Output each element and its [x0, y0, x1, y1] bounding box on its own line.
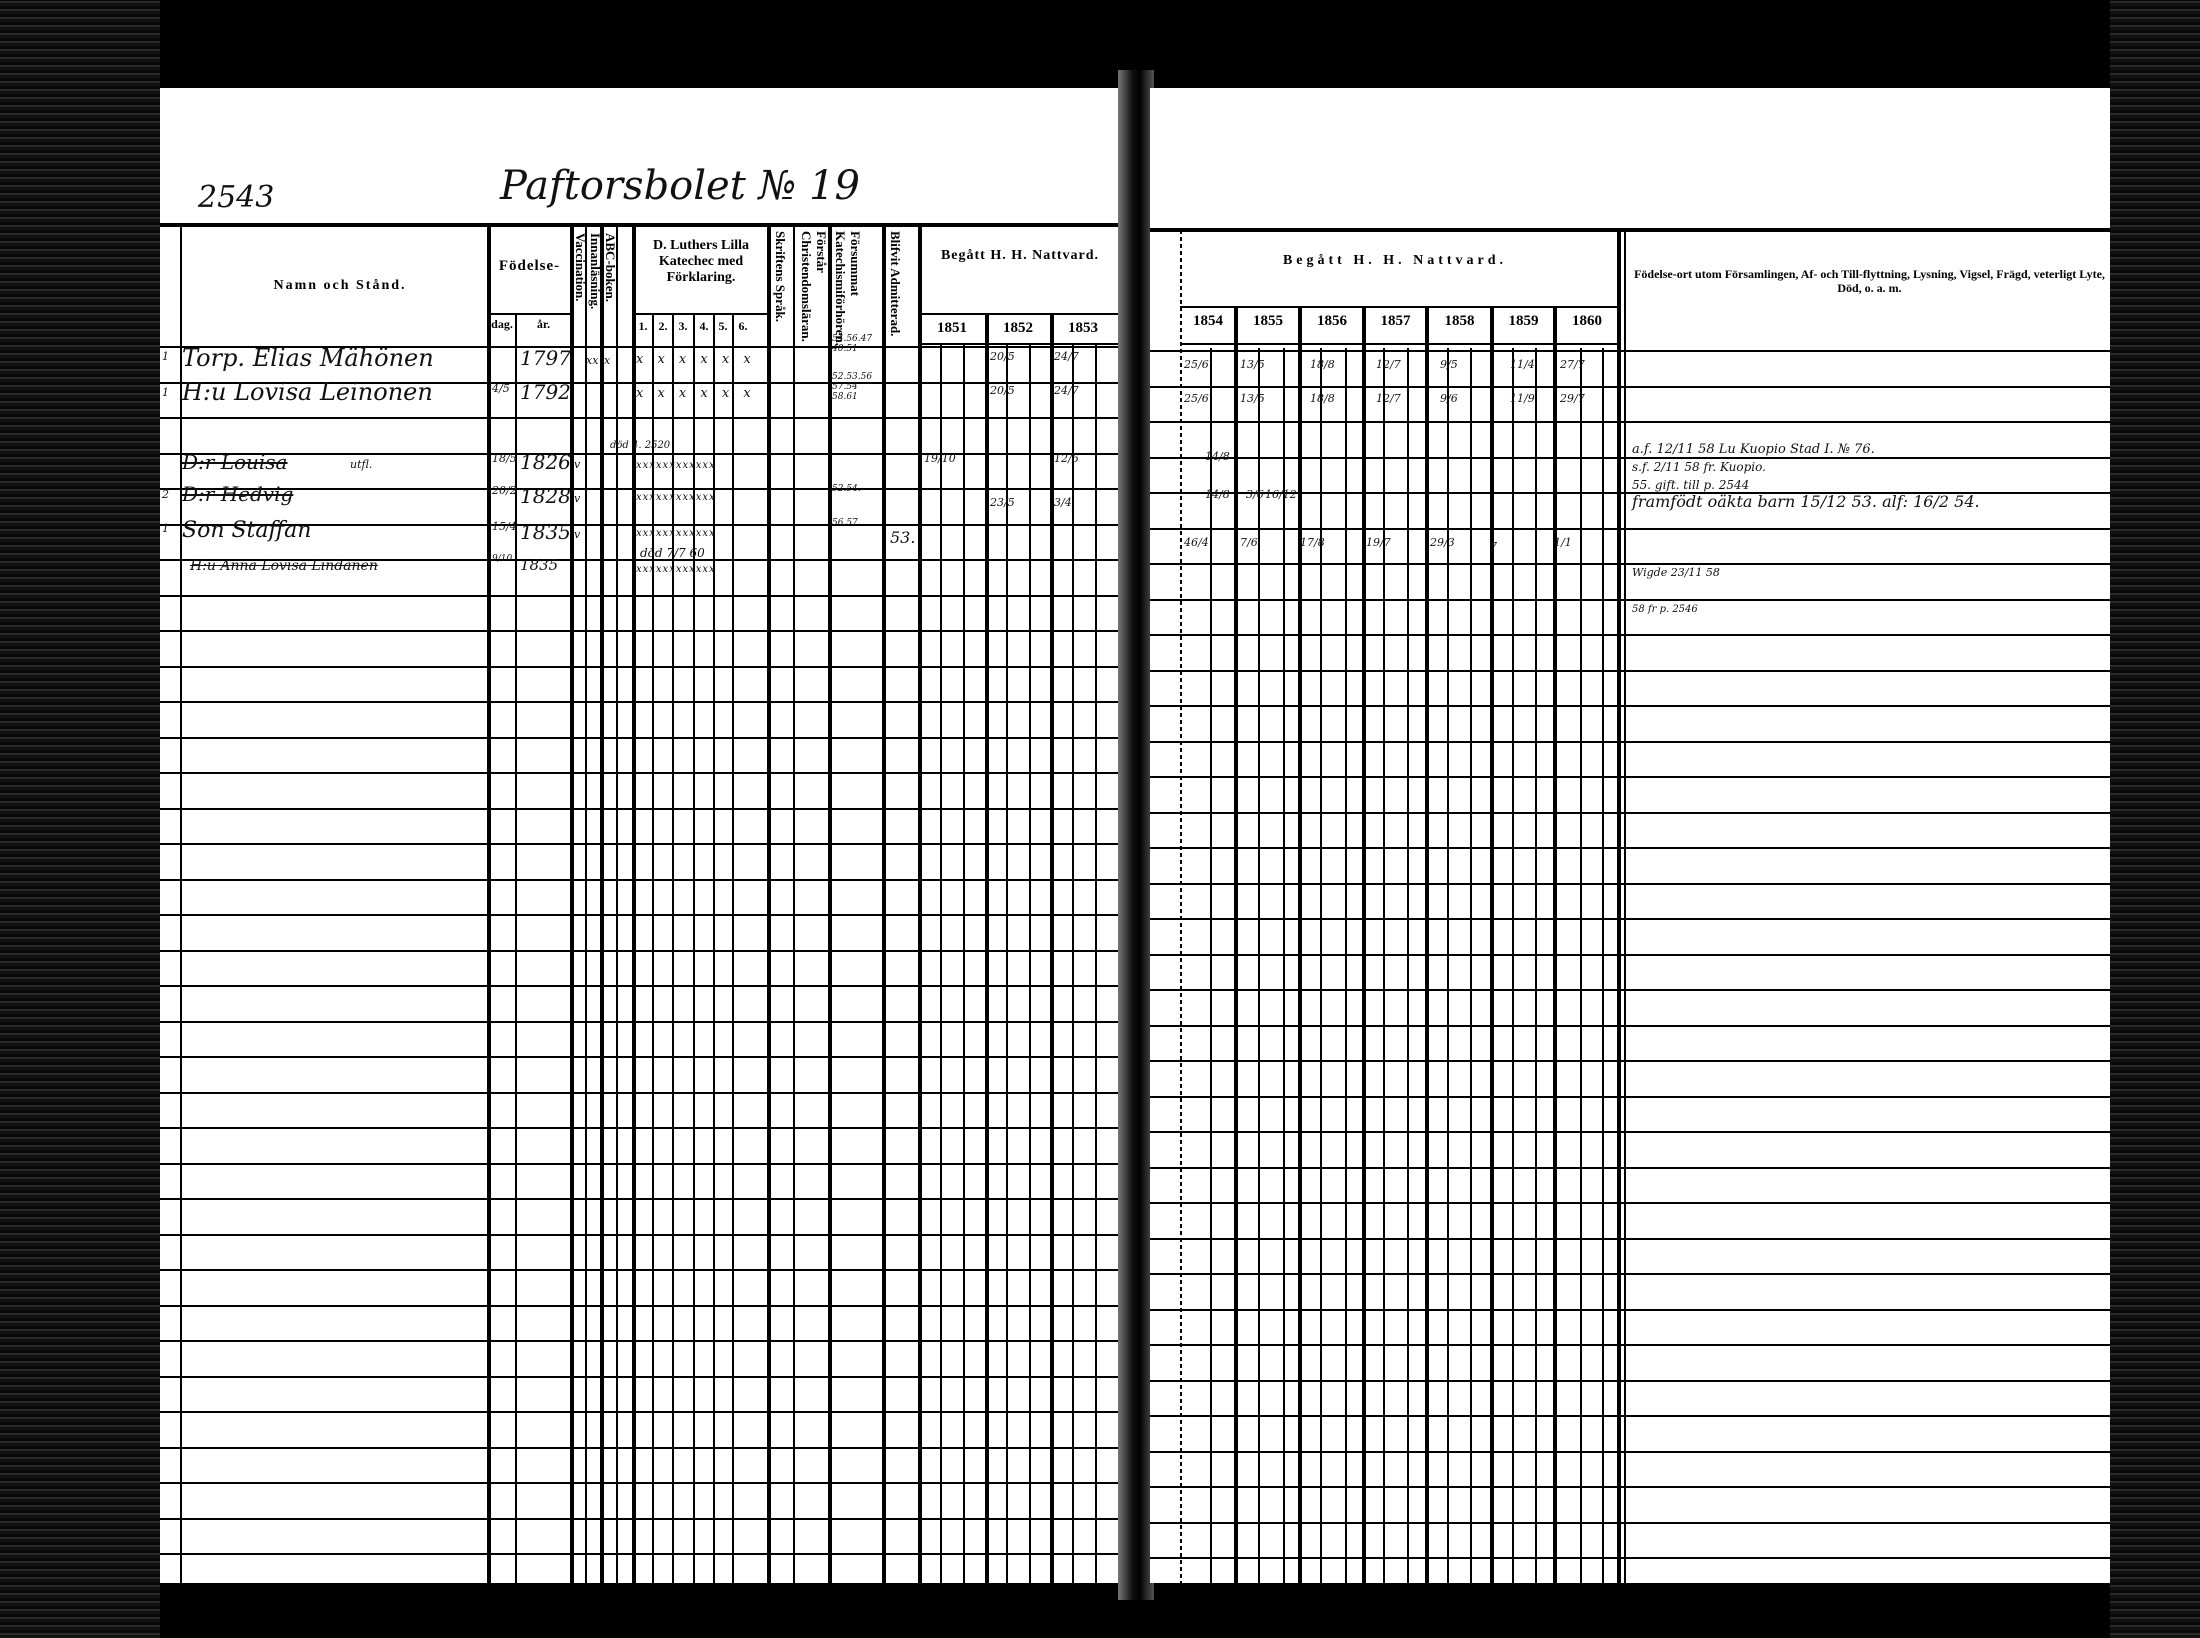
row-rule: [1150, 1060, 2110, 1062]
communion-1852: 20/5: [990, 350, 1015, 363]
col-line: [1006, 343, 1008, 1583]
header-sub-rule: [1180, 343, 1620, 345]
header-sub-rule: [487, 313, 572, 315]
col-line: [515, 313, 517, 1583]
farm-title: Paftorsbolet № 19: [500, 163, 860, 209]
row-rule: [160, 737, 1120, 739]
catechism-marks: x x x x x x: [636, 386, 756, 401]
communion-1855: 16/12: [1265, 488, 1297, 501]
missed-catechism: 52.53.56 57.54 58.61: [832, 372, 880, 402]
row-rule: [160, 488, 1120, 490]
col-line: [940, 343, 942, 1583]
communion-1854: 25/6: [1184, 358, 1209, 371]
communion-1858: 29/3: [1430, 536, 1455, 549]
person-name: Son Staffan: [182, 518, 311, 543]
person-name: Torp. Elias Mähönen: [182, 344, 434, 372]
header-catechism-part: 1.: [634, 320, 652, 334]
communion-1854: 25/6: [1184, 392, 1209, 405]
header-year: 1853: [1052, 320, 1114, 337]
header-catechism-part: 5.: [714, 320, 732, 334]
communion-1856: 17/8: [1300, 536, 1325, 549]
col-line: [828, 225, 832, 1583]
communion-1859: 7: [1490, 540, 1497, 553]
col-line: [1580, 348, 1582, 1583]
col-line: [1258, 348, 1260, 1583]
birth-year: 1792: [520, 380, 571, 404]
row-rule: [1150, 918, 2110, 920]
communion-1854: 46/4: [1184, 536, 1209, 549]
row-rule: [1150, 1273, 2110, 1275]
row-rule: [160, 914, 1120, 916]
communion-1853: 3/4: [1054, 496, 1072, 509]
remark: 58 fr p. 2546: [1632, 604, 1698, 615]
col-line: [1095, 343, 1097, 1583]
header-sub-rule: [1180, 306, 1620, 308]
row-rule: [1150, 670, 2110, 672]
col-line: [1345, 348, 1347, 1583]
row-rule: [160, 1127, 1120, 1129]
communion-1859: 11/4: [1510, 358, 1535, 371]
row-rule: [1150, 1167, 2110, 1169]
header-missed-catechism: Försummat Katechismiförhören.: [832, 231, 862, 351]
row-rule: [160, 630, 1120, 632]
birth-day: 18/5: [492, 452, 517, 465]
note-above: död 7/7 60: [640, 546, 705, 560]
row-rule: [1150, 421, 2110, 423]
col-line: [918, 225, 922, 1583]
row-rule: [1150, 989, 2110, 991]
row-rule: [160, 1305, 1120, 1307]
communion-1854: 14/8: [1205, 488, 1230, 501]
col-line: [1470, 348, 1472, 1583]
row-rule: [1150, 386, 2110, 388]
remark: s.f. 2/11 58 fr. Kuopio.: [1632, 460, 1766, 474]
missed-catechism: 54.56.47 40.51: [832, 334, 880, 354]
row-rule: [1150, 883, 2110, 885]
birth-year: 1835: [520, 556, 558, 574]
header-top-rule: [1150, 228, 2110, 232]
header-abc-book: ABC-boken.: [602, 233, 617, 343]
col-line: [767, 225, 771, 1583]
person-name: D:r Louisa: [182, 450, 287, 474]
catechism-marks: xxxxxxxxxxxx: [636, 460, 716, 471]
header-remarks: Födelse-ort utom Församlingen, Af- och T…: [1632, 268, 2107, 296]
header-communion: Begått H. H. Nattvard.: [1230, 253, 1560, 269]
person-name: H:u Lovisa Leinonen: [182, 378, 433, 406]
header-sub-rule: [918, 343, 1120, 345]
row-rule: [1150, 350, 2110, 352]
header-year: 1858: [1429, 313, 1490, 330]
communion-1855: 3/6: [1246, 488, 1264, 501]
row-rule: [1150, 1380, 2110, 1382]
row-rule: [160, 843, 1120, 845]
catechism-marks: xxxxxxxxxxxx: [636, 564, 716, 575]
header-sub-rule: [632, 313, 767, 315]
row-rule: [1150, 634, 2110, 636]
person-name: D:r Hedvig: [182, 482, 293, 506]
row-rule: [160, 1518, 1120, 1520]
communion-1855: 7/6: [1240, 536, 1258, 549]
row-mark: 1: [162, 386, 169, 399]
row-rule: [1150, 954, 2110, 956]
row-rule: [160, 1269, 1120, 1271]
row-rule: [160, 1198, 1120, 1200]
catechism-marks: xxxxxxxxxxxx: [636, 528, 716, 539]
col-line: [713, 313, 715, 1583]
header-year: 1855: [1238, 313, 1298, 330]
col-line: [1447, 348, 1449, 1583]
header-scripture: Skriftens Språk.: [772, 231, 787, 351]
col-line: [1234, 306, 1238, 1583]
vaccination-mark: v: [574, 492, 580, 505]
scan-border-right: [2110, 0, 2200, 1638]
page-number: 2543: [198, 180, 274, 215]
row-rule: [160, 595, 1120, 597]
col-line: [1553, 306, 1557, 1583]
col-line: [616, 225, 618, 1583]
communion-1854: 14/8: [1205, 450, 1230, 463]
col-line: [793, 225, 795, 1583]
header-catechism-part: 4.: [695, 320, 713, 334]
row-mark: 1: [162, 522, 169, 535]
row-rule: [1150, 1309, 2110, 1311]
col-line: [882, 225, 886, 1583]
header-birth-day: dag.: [489, 318, 515, 332]
name-note: utfl.: [350, 458, 372, 471]
row-rule: [160, 453, 1120, 455]
col-line: [1602, 348, 1604, 1583]
row-rule: [1150, 1344, 2110, 1346]
col-line: [180, 225, 182, 1583]
communion-1857: 19/7: [1366, 536, 1391, 549]
birth-year: 1835: [520, 520, 571, 544]
row-rule: [1150, 1096, 2110, 1098]
header-sub-rule: [918, 313, 1120, 315]
row-rule: [160, 985, 1120, 987]
row-rule: [1150, 1238, 2110, 1240]
header-christian-doctrine: Förstår Christendomsläran.: [798, 231, 828, 351]
communion-1856: 18/8: [1310, 358, 1335, 371]
header-year: 1857: [1366, 313, 1425, 330]
birth-day: 4/5: [492, 382, 510, 395]
row-rule: [1150, 776, 2110, 778]
col-line: [632, 225, 636, 1583]
reading-mark: xx: [586, 354, 598, 367]
row-rule: [1150, 1451, 2110, 1453]
remark: framfödt oäkta barn 15/12 53. alf: 16/2 …: [1632, 492, 1980, 511]
row-rule: [160, 1447, 1120, 1449]
abc-mark: x: [604, 354, 610, 367]
communion-1853: 24/7: [1054, 384, 1079, 397]
right-page: Begått H. H. Nattvard. 1854 1855 1856 18…: [1150, 88, 2110, 1583]
header-birth: Födelse-: [487, 258, 572, 275]
col-line: [1029, 343, 1031, 1583]
col-line: [672, 313, 674, 1583]
missed-catechism: 52.54.: [832, 484, 861, 494]
communion-1852: 20/5: [990, 384, 1015, 397]
communion-1855: 13/5: [1240, 392, 1265, 405]
birth-day: 9/10: [492, 554, 512, 564]
row-rule: [1150, 563, 2110, 565]
row-rule: [160, 666, 1120, 668]
col-line: [1298, 306, 1302, 1583]
header-year: 1852: [987, 320, 1049, 337]
col-line: [1283, 348, 1285, 1583]
row-rule: [160, 950, 1120, 952]
note-above: död 4. 2520: [610, 440, 670, 451]
row-rule: [1150, 1522, 2110, 1524]
col-line: [487, 225, 491, 1583]
header-catechism-part: 3.: [674, 320, 692, 334]
col-line: [1535, 348, 1537, 1583]
header-admitted: Blifvit Admitterad.: [887, 231, 902, 341]
communion-1857: 12/7: [1376, 392, 1401, 405]
col-line: [985, 313, 989, 1583]
communion-1856: 18/8: [1310, 392, 1335, 405]
row-rule: [1150, 1557, 2110, 1559]
row-rule: [160, 1376, 1120, 1378]
row-rule: [160, 417, 1120, 419]
col-line: [1362, 306, 1366, 1583]
person-name: H:u Anna Lovisa Lindanen: [190, 558, 378, 574]
col-line: [570, 225, 574, 1583]
row-rule: [1150, 1025, 2110, 1027]
birth-day: 20/2: [492, 484, 517, 497]
row-rule: [1150, 457, 2110, 459]
header-reading: Innanläsning.: [587, 233, 602, 343]
col-line: [693, 313, 695, 1583]
col-line: [1512, 348, 1514, 1583]
col-line: [1407, 348, 1409, 1583]
row-rule: [1150, 1486, 2110, 1488]
header-communion: Begått H. H. Nattvard.: [930, 248, 1110, 264]
communion-1858: 9/6: [1440, 392, 1458, 405]
left-page: 2543 Paftorsbolet № 19 Namn och Stånd. F…: [160, 88, 1120, 1583]
communion-1858: 9/5: [1440, 358, 1458, 371]
col-line: [732, 313, 734, 1583]
row-rule: [1150, 847, 2110, 849]
row-mark: 1: [162, 350, 169, 363]
col-line: [1383, 348, 1385, 1583]
col-line: [652, 313, 654, 1583]
row-rule: [1150, 741, 2110, 743]
header-year: 1851: [920, 320, 984, 337]
remark: Wigde 23/11 58: [1632, 566, 1720, 579]
communion-1853: 24/7: [1054, 350, 1079, 363]
remark: a.f. 12/11 58 Lu Kuopio Stad I. № 76.: [1632, 442, 1875, 457]
row-rule: [160, 1482, 1120, 1484]
communion-1857: 12/7: [1376, 358, 1401, 371]
row-mark: 2: [162, 488, 169, 501]
remark: 55. gift. till p. 2544: [1632, 478, 1749, 492]
row-rule: [160, 701, 1120, 703]
row-rule: [160, 1553, 1120, 1555]
row-rule: [160, 1092, 1120, 1094]
header-birth-year: år.: [517, 318, 570, 332]
col-line: [1210, 348, 1212, 1583]
col-line: [600, 225, 604, 1583]
row-rule: [1150, 705, 2110, 707]
admitted-year: 53.: [890, 528, 915, 547]
row-rule: [1150, 1415, 2110, 1417]
header-year: 1854: [1182, 313, 1234, 330]
col-line: [1490, 306, 1494, 1583]
birth-year: 1797: [520, 346, 571, 370]
vaccination-mark: v: [574, 458, 580, 471]
header-catechism: D. Luthers Lilla Katechec med Förklaring…: [636, 238, 766, 286]
catechism-marks: x x x x x x: [636, 352, 756, 367]
book-gutter: [1118, 70, 1154, 1600]
header-top-rule: [160, 223, 1120, 227]
row-rule: [160, 879, 1120, 881]
communion-1853: 12/6: [1054, 452, 1079, 465]
header-catechism-part: 6.: [734, 320, 752, 334]
row-rule: [160, 1163, 1120, 1165]
row-rule: [1150, 812, 2110, 814]
row-rule: [1150, 1202, 2110, 1204]
row-rule: [160, 772, 1120, 774]
birth-year: 1826: [520, 450, 571, 474]
header-name: Namn och Stånd.: [220, 278, 460, 294]
header-year: 1860: [1557, 313, 1617, 330]
row-rule: [160, 1411, 1120, 1413]
communion-1851: 19/10: [924, 452, 956, 465]
row-rule: [160, 1056, 1120, 1058]
communion-1852: 23/5: [990, 496, 1015, 509]
col-line: [585, 225, 587, 1583]
communion-1860: 29/7: [1560, 392, 1585, 405]
birth-day: 15/4: [492, 520, 517, 533]
communion-1859: 11/9: [1510, 392, 1535, 405]
header-vaccination: Vaccination.: [572, 233, 587, 343]
row-rule: [1150, 599, 2110, 601]
scan-border-left: [0, 0, 160, 1638]
col-line: [1072, 343, 1074, 1583]
row-rule: [1150, 528, 2110, 530]
header-year: 1856: [1302, 313, 1362, 330]
header-catechism-part: 2.: [654, 320, 672, 334]
catechism-marks: xxxxxxxxxxxx: [636, 492, 716, 503]
missed-catechism: 56.57.: [832, 518, 861, 528]
vaccination-mark: v: [574, 528, 580, 541]
row-rule: [160, 1340, 1120, 1342]
col-line: [1425, 306, 1429, 1583]
communion-1855: 13/5: [1240, 358, 1265, 371]
row-rule: [160, 1021, 1120, 1023]
row-rule: [160, 808, 1120, 810]
col-line: [1320, 348, 1322, 1583]
header-year: 1859: [1494, 313, 1553, 330]
communion-1860: 27/7: [1560, 358, 1585, 371]
col-line: [963, 343, 965, 1583]
birth-year: 1828: [520, 484, 571, 508]
communion-1860: 1/1: [1554, 536, 1572, 549]
row-rule: [1150, 1131, 2110, 1133]
row-rule: [160, 1234, 1120, 1236]
